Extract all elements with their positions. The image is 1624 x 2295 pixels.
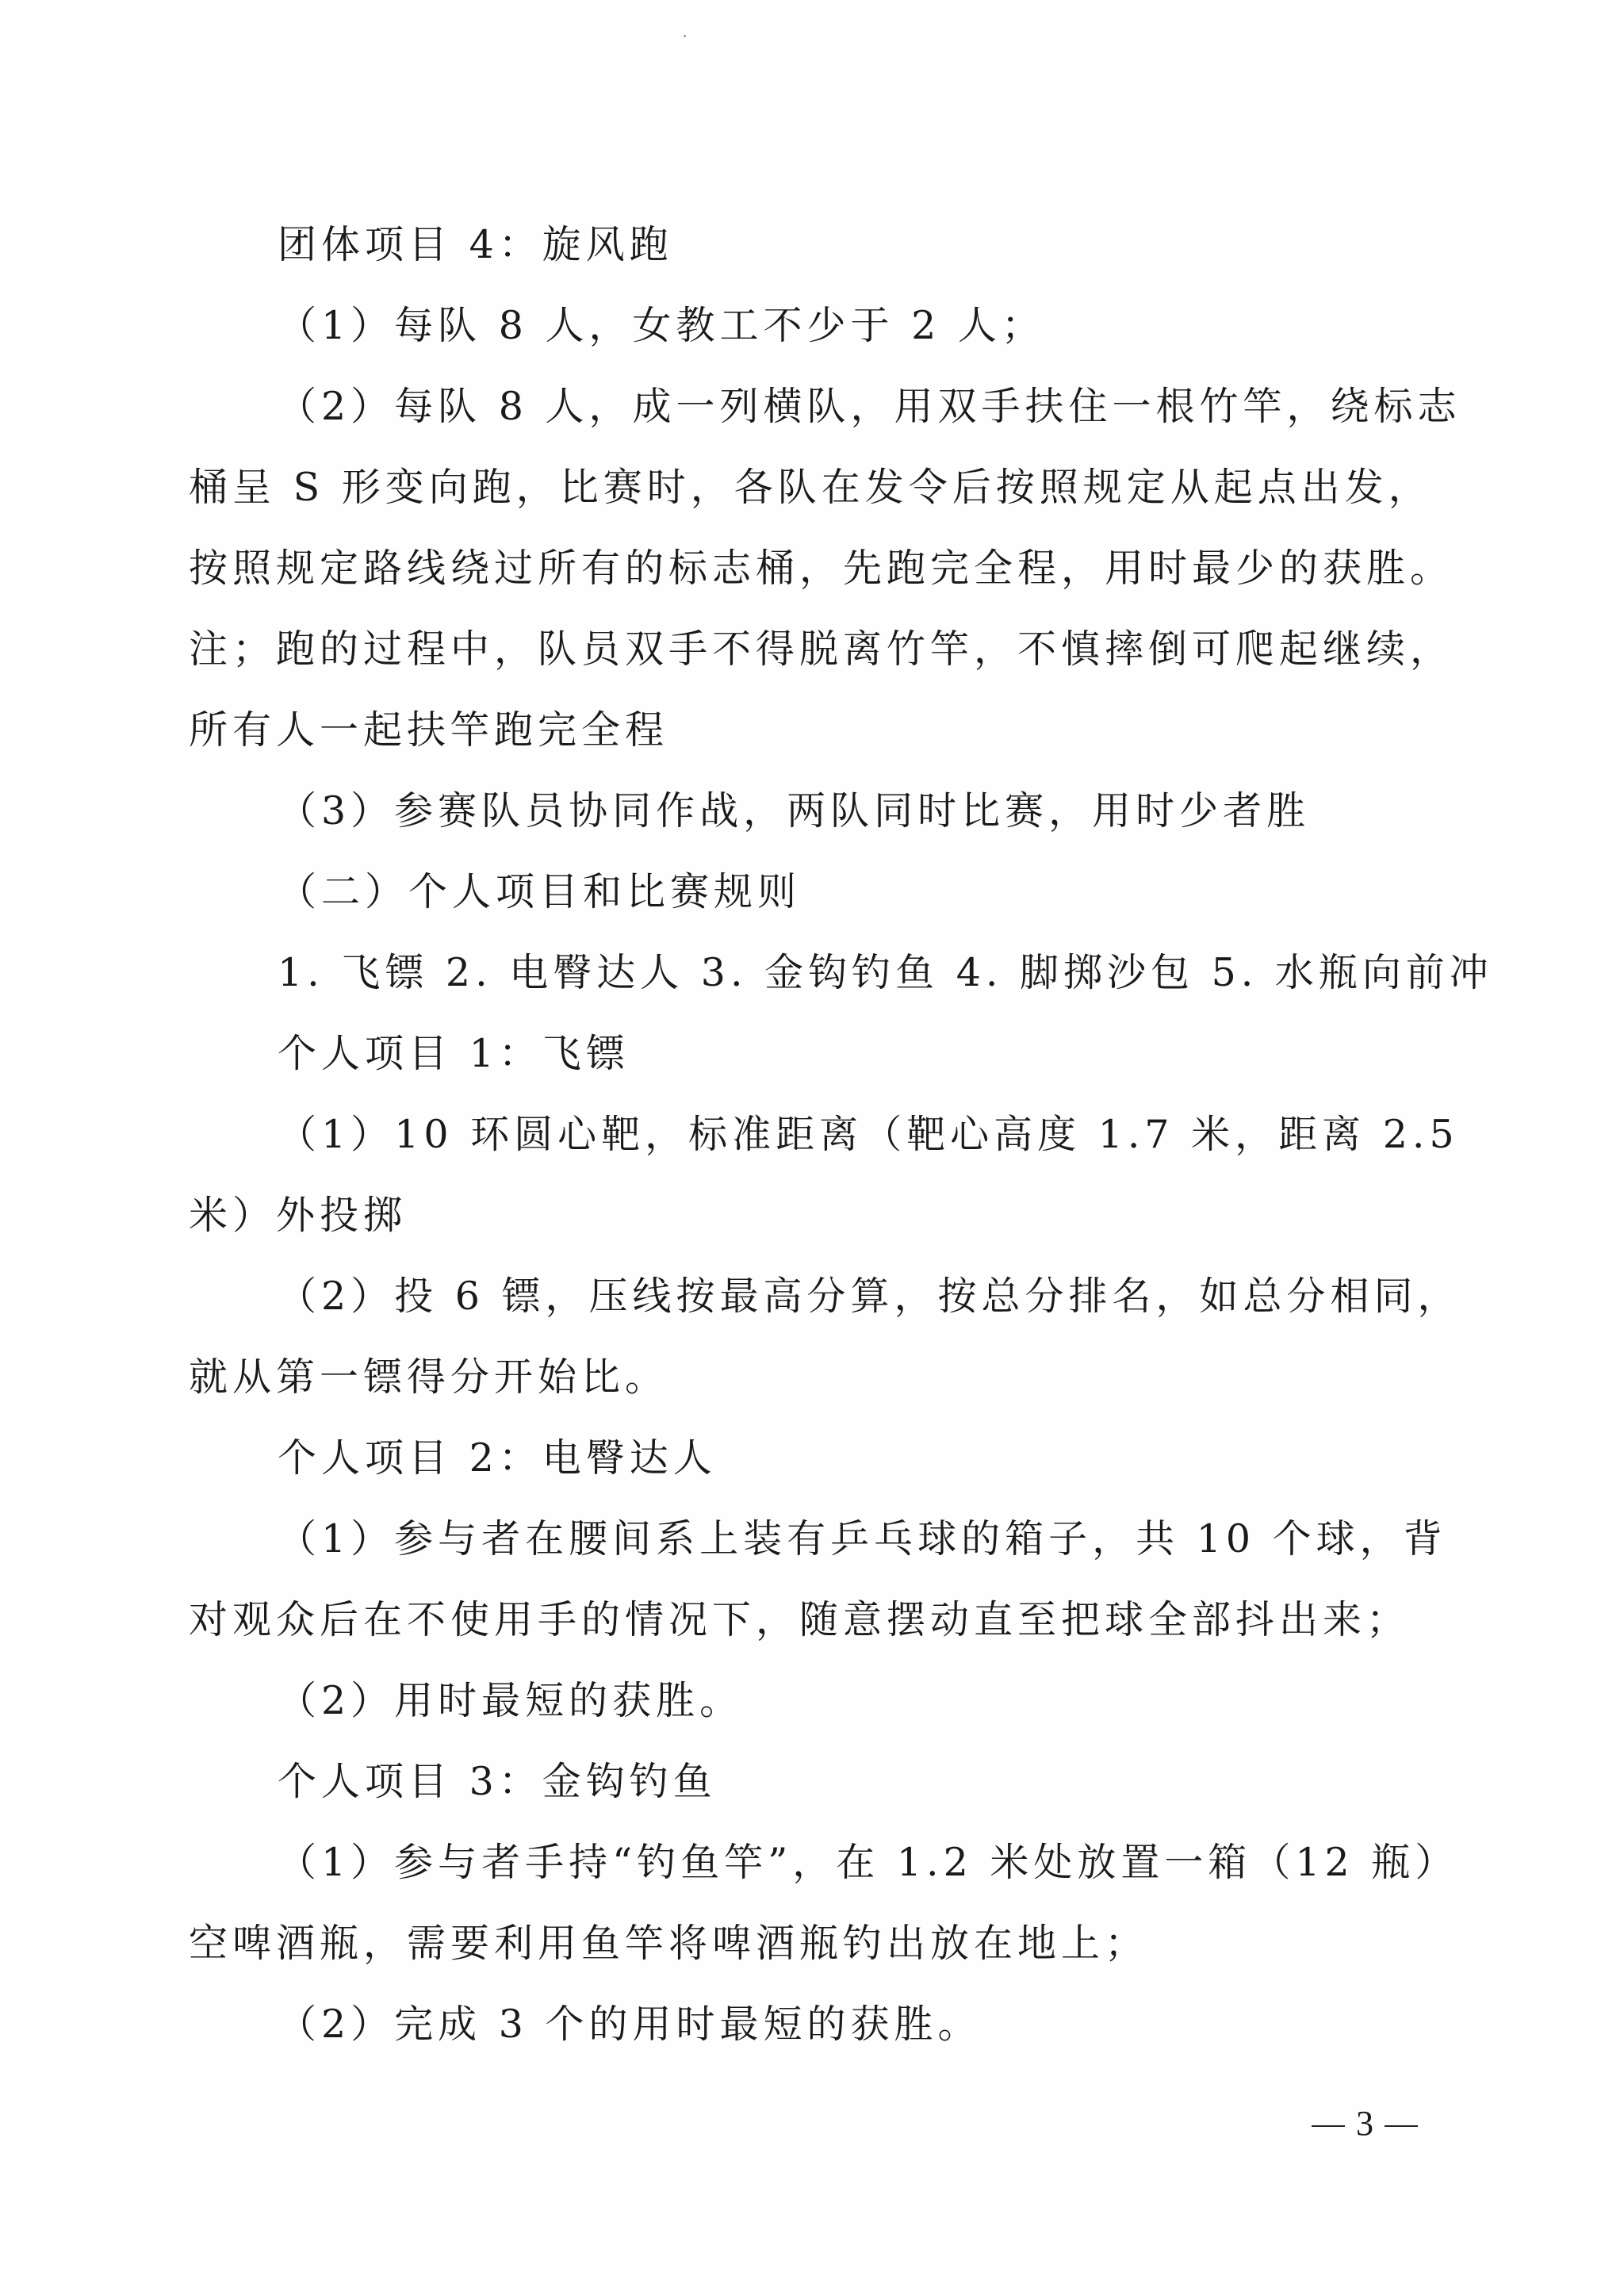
- heading-individual-event-1: 个人项目 1：飞镖: [189, 1013, 1434, 1094]
- document-body: 团体项目 4：旋风跑 （1）每队 8 人，女教工不少于 2 人； （2）每队 8…: [189, 205, 1434, 2065]
- section-heading-individual-events: （二）个人项目和比赛规则: [189, 852, 1434, 933]
- heading-team-event-4: 团体项目 4：旋风跑: [189, 205, 1434, 285]
- paragraph-line: 所有人一起扶竿跑完全程: [189, 690, 1434, 771]
- paragraph-line: 桶呈 S 形变向跑，比赛时，各队在发令后按照规定从起点出发，: [189, 447, 1434, 528]
- paragraph-line: 按照规定路线绕过所有的标志桶，先跑完全程，用时最少的获胜。: [189, 528, 1434, 609]
- paragraph-line: （1）参与者手持“钓鱼竿”，在 1.2 米处放置一箱（12 瓶）: [189, 1822, 1434, 1903]
- document-page: 团体项目 4：旋风跑 （1）每队 8 人，女教工不少于 2 人； （2）每队 8…: [0, 0, 1624, 2295]
- scan-speck: [684, 35, 686, 37]
- page-number: 3: [1356, 2100, 1373, 2147]
- dash-right: [1385, 2125, 1418, 2127]
- paragraph-line: （1）每队 8 人，女教工不少于 2 人；: [189, 285, 1434, 366]
- paragraph-line: （2）用时最短的获胜。: [189, 1661, 1434, 1741]
- dash-left: [1312, 2125, 1345, 2127]
- paragraph-line: （2）每队 8 人，成一列横队，用双手扶住一根竹竿，绕标志: [189, 366, 1434, 447]
- paragraph-line: （1）参与者在腰间系上装有乒乓球的箱子，共 10 个球，背: [189, 1499, 1434, 1580]
- paragraph-line: 空啤酒瓶，需要利用鱼竿将啤酒瓶钓出放在地上；: [189, 1903, 1434, 1984]
- paragraph-line: （3）参赛队员协同作战，两队同时比赛，用时少者胜: [189, 771, 1434, 852]
- heading-individual-event-2: 个人项目 2：电臀达人: [189, 1418, 1434, 1499]
- paragraph-line: 米）外投掷: [189, 1175, 1434, 1256]
- event-list-line: 1. 飞镖 2. 电臀达人 3. 金钩钓鱼 4. 脚掷沙包 5. 水瓶向前冲: [189, 933, 1434, 1013]
- paragraph-line: （2）完成 3 个的用时最短的获胜。: [189, 1984, 1434, 2065]
- paragraph-line: （2）投 6 镖，压线按最高分算，按总分排名，如总分相同，: [189, 1256, 1434, 1337]
- paragraph-line: 注；跑的过程中，队员双手不得脱离竹竿，不慎摔倒可爬起继续，: [189, 609, 1434, 690]
- paragraph-line: （1）10 环圆心靶，标准距离（靶心高度 1.7 米，距离 2.5: [189, 1094, 1434, 1175]
- page-number-footer: 3: [1300, 2100, 1429, 2147]
- heading-individual-event-3: 个人项目 3：金钩钓鱼: [189, 1741, 1434, 1822]
- paragraph-line: 对观众后在不使用手的情况下，随意摆动直至把球全部抖出来；: [189, 1580, 1434, 1661]
- paragraph-line: 就从第一镖得分开始比。: [189, 1337, 1434, 1418]
